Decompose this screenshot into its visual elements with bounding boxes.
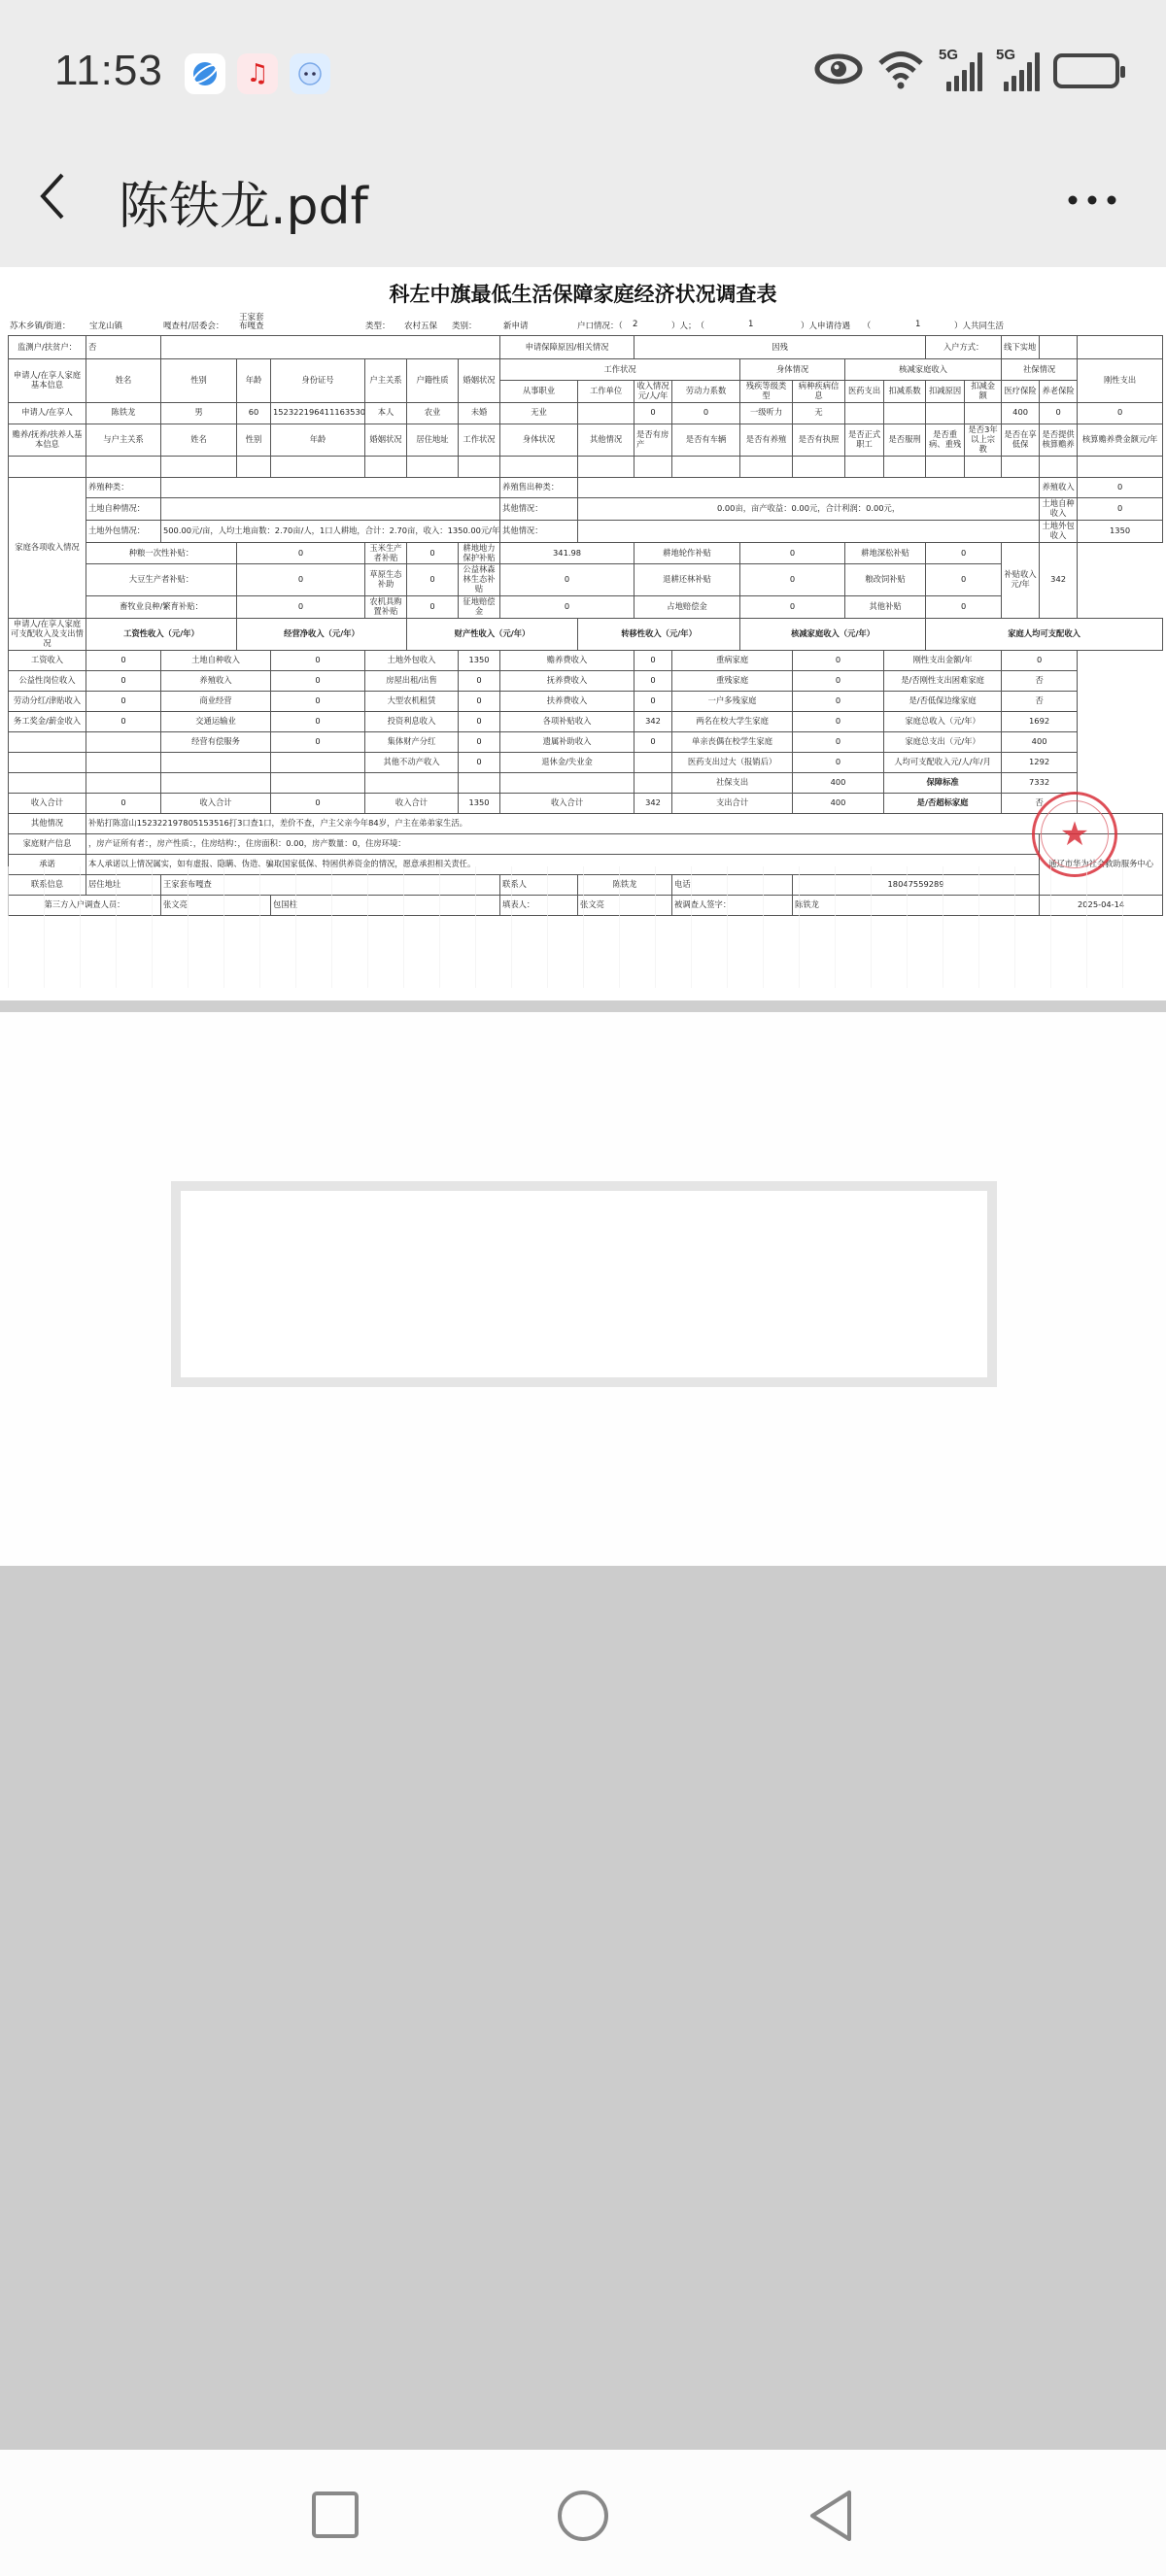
music-icon: ♫ [237, 53, 278, 94]
table-row: 申请人/在享人家庭基本信息 姓名 性别 年龄 身份证号 户主关系 户籍性质 婚姻… [9, 359, 1163, 381]
recents-icon [309, 2489, 361, 2541]
home-button[interactable] [556, 2489, 610, 2547]
system-nav-bar [0, 2450, 1166, 2576]
other-info-row: 其他情况补贴打陈富山152322197805153516打3口查1口，差价不查，… [9, 814, 1163, 834]
page-bottom-gridlines [8, 866, 1158, 988]
disposable-row: 劳动分红/津贴收入0商业经营0大型农机租赁0扶养费收入0一户多残家庭0是/否低保… [9, 692, 1163, 712]
title-bar: 陈铁龙.pdf [0, 146, 1166, 267]
back-button[interactable] [35, 169, 70, 233]
signal-icon-sim2: 5G [996, 51, 1040, 91]
disposable-row: 经营有偿服务0集体财产分红0遗属补助收入0单亲丧偶在校学生家庭0家庭总支出（元/… [9, 732, 1163, 753]
survey-form-table: 监测户/扶贫户： 否 申请保障原因/相关情况 因残 入户方式： 线下实地 申请人… [8, 335, 1163, 916]
pdf-page-2[interactable] [0, 1012, 1166, 1566]
disposable-row: 务工奖金/薪金收入0交通运输业0投资利息收入0各项补贴收入342两名在校大学生家… [9, 712, 1163, 732]
page-separator [0, 1000, 1166, 1012]
table-row: 土地自种情况： 其他情况： 0.00亩，亩产收益：0.00元，合计利润：0.00… [9, 497, 1163, 520]
disposable-row: 社保支出400保障标准7332 [9, 773, 1163, 794]
more-options-button[interactable] [1065, 171, 1119, 220]
home-icon [556, 2489, 610, 2543]
support-row-empty [9, 456, 1163, 477]
disposable-row: 公益性岗位收入0养殖收入0房屋出租/出售0抚养费收入0重残家庭0是/否刚性支出困… [9, 671, 1163, 692]
viewer-background[interactable] [0, 1566, 1166, 2450]
disposable-row: 其他不动产收入0退休金/失业金医药支出过大（报销后）0人均可支配收入元/人/年/… [9, 753, 1163, 773]
document-title: 陈铁龙.pdf [119, 165, 368, 238]
table-row: 申请人/在享人家庭可支配收入及支出情况 工资性收入（元/年） 经营净收入（元/年… [9, 619, 1163, 651]
eye-comfort-icon [814, 52, 863, 89]
disposable-row: 收入合计0收入合计0收入合计1350收入合计342支出合计400是/否超标家庭否 [9, 794, 1163, 814]
status-bar: 11:53 ♫ 5G 5G [0, 0, 1166, 146]
table-row: 家庭各项收入情况 养殖种类： 养殖售出种类： 养殖收入 0 [9, 477, 1163, 497]
form-heading: 科左中旗最低生活保障家庭经济状况调查表 [0, 279, 1166, 308]
subsidy-row: 畜牧业良种/繁育补贴： 0 农机具购置补贴 0 征地赔偿金 0 占地赔偿金 0 … [9, 596, 1163, 619]
back-nav-button[interactable] [803, 2489, 857, 2547]
battery-icon [1053, 53, 1119, 88]
table-row: 监测户/扶贫户： 否 申请保障原因/相关情况 因残 入户方式： 线下实地 [9, 336, 1163, 359]
blank-rectangle [171, 1181, 997, 1387]
table-row: 赡养/抚养/扶养人基本信息 与户主关系 姓名 性别 年龄 婚姻状况 居住地址 工… [9, 424, 1163, 456]
clock: 11:53 [54, 47, 163, 95]
back-triangle-icon [803, 2489, 857, 2543]
table-row: 土地外包情况： 500.00元/亩，人均土地亩数：2.70亩/人，1口人耕地，合… [9, 520, 1163, 542]
subsidy-row: 大豆生产者补贴： 0 草原生态补助 0 公益林森林生态补贴 0 退耕还林补贴 0… [9, 564, 1163, 596]
pdf-page-1[interactable]: 科左中旗最低生活保障家庭经济状况调查表 苏木乡镇/街道： 宝龙山镇 嘎查村/居委… [0, 267, 1166, 1000]
signal-icon-sim1: 5G [939, 51, 982, 91]
subsidy-row: 种粮一次性补贴： 0 玉米生产者补贴 0 耕地地力保护补贴 341.98 耕地轮… [9, 542, 1163, 564]
more-icon [1065, 190, 1119, 210]
applicant-row: 申请人/在享人 陈铁龙 男 60 152322196411163530 本人 农… [9, 402, 1163, 424]
property-row: 家庭财产信息，房产证所有者：，房产性质：，住房结构：，住房面积：0.00，房产数… [9, 834, 1163, 855]
recents-button[interactable] [309, 2489, 361, 2545]
assistant-icon [290, 53, 330, 94]
form-info-line: 苏木乡镇/街道： 宝龙山镇 嘎查村/居委会： 王家套布嘎查 类型： 农村五保 类… [10, 316, 1156, 335]
disposable-row: 工资收入0土地自种收入0土地外包收入1350赡养费收入0重病家庭0刚性支出金额/… [9, 651, 1163, 671]
wifi-icon [876, 49, 925, 93]
browser-icon [185, 53, 225, 94]
chevron-left-icon [35, 169, 70, 223]
